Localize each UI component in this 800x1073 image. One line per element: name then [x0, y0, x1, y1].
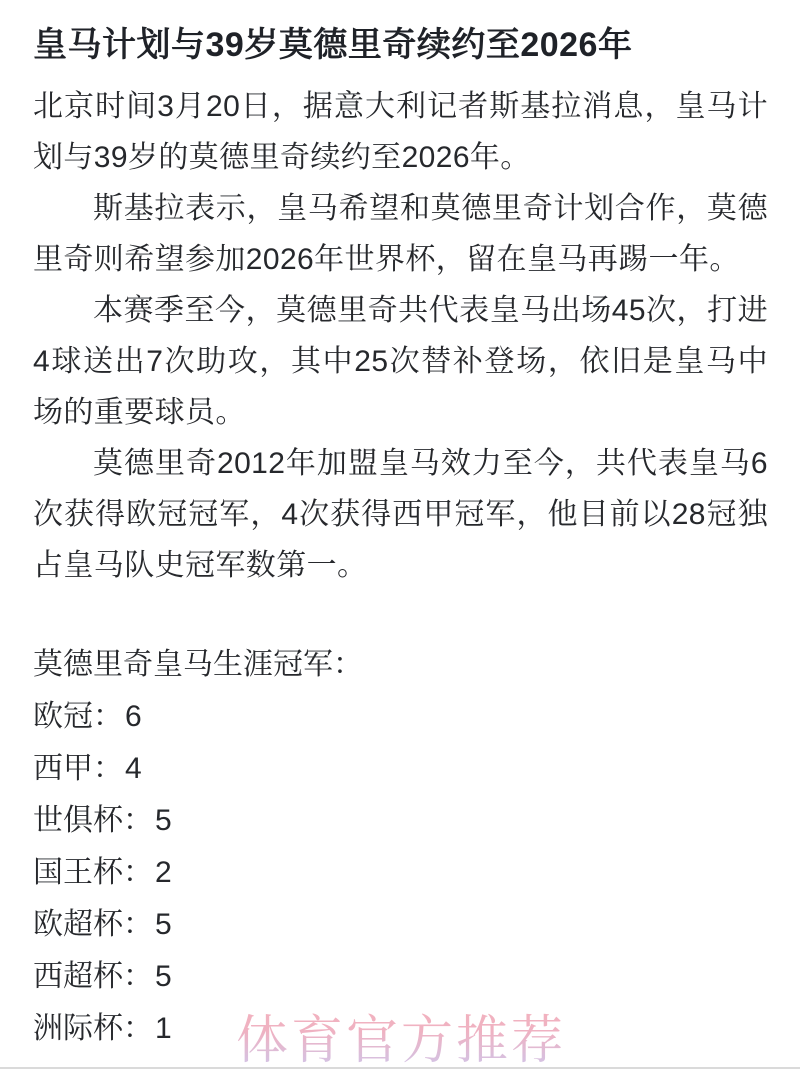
trophy-separator: ： [123, 960, 155, 993]
trophy-separator: ： [123, 804, 155, 837]
trophy-separator: ： [123, 1012, 155, 1045]
paragraph-1: 北京时间3月20日，据意大利记者斯基拉消息，皇马计划与39岁的莫德里奇续约至20… [33, 81, 768, 183]
trophy-label: 欧冠 [33, 700, 93, 733]
trophy-count: 1 [155, 1012, 172, 1045]
paragraph-3: 本赛季至今，莫德里奇共代表皇马出场45次，打进4球送出7次助攻，其中25次替补登… [33, 285, 768, 438]
trophy-label: 洲际杯 [33, 1012, 123, 1045]
trophy-label: 欧超杯 [33, 908, 123, 941]
trophy-row-uefa-super-cup: 欧超杯：5 [33, 899, 768, 951]
article-title: 皇马计划与39岁莫德里奇续约至2026年 [33, 24, 768, 67]
trophy-list: 莫德里奇皇马生涯冠军： 欧冠：6 西甲：4 世俱杯：5 国王杯：2 欧超杯：5 … [33, 639, 768, 1055]
trophy-row-ucl: 欧冠：6 [33, 691, 768, 743]
trophy-label: 世俱杯 [33, 804, 123, 837]
trophy-list-heading: 莫德里奇皇马生涯冠军： [33, 639, 768, 691]
trophy-row-intercontinental-cup: 洲际杯：1 [33, 1003, 768, 1055]
trophy-count: 4 [125, 752, 142, 785]
trophy-count: 5 [155, 908, 172, 941]
bottom-divider [0, 1067, 800, 1069]
trophy-separator: ： [123, 908, 155, 941]
trophy-row-spanish-super-cup: 西超杯：5 [33, 951, 768, 1003]
trophy-count: 2 [155, 856, 172, 889]
article-page: 皇马计划与39岁莫德里奇续约至2026年 北京时间3月20日，据意大利记者斯基拉… [0, 0, 800, 1073]
trophy-label: 西甲 [33, 752, 93, 785]
news-article: 皇马计划与39岁莫德里奇续约至2026年 北京时间3月20日，据意大利记者斯基拉… [0, 0, 800, 1055]
trophy-separator: ： [93, 752, 125, 785]
trophy-label: 国王杯 [33, 856, 123, 889]
trophy-label: 西超杯 [33, 960, 123, 993]
trophy-separator: ： [93, 700, 125, 733]
trophy-row-laliga: 西甲：4 [33, 743, 768, 795]
trophy-count: 6 [125, 700, 142, 733]
trophy-count: 5 [155, 804, 172, 837]
paragraph-4: 莫德里奇2012年加盟皇马效力至今，共代表皇马6次获得欧冠冠军，4次获得西甲冠军… [33, 438, 768, 591]
trophy-count: 5 [155, 960, 172, 993]
paragraph-2: 斯基拉表示，皇马希望和莫德里奇计划合作，莫德里奇则希望参加2026年世界杯，留在… [33, 183, 768, 285]
trophy-row-club-world-cup: 世俱杯：5 [33, 795, 768, 847]
trophy-row-copa-del-rey: 国王杯：2 [33, 847, 768, 899]
trophy-separator: ： [123, 856, 155, 889]
